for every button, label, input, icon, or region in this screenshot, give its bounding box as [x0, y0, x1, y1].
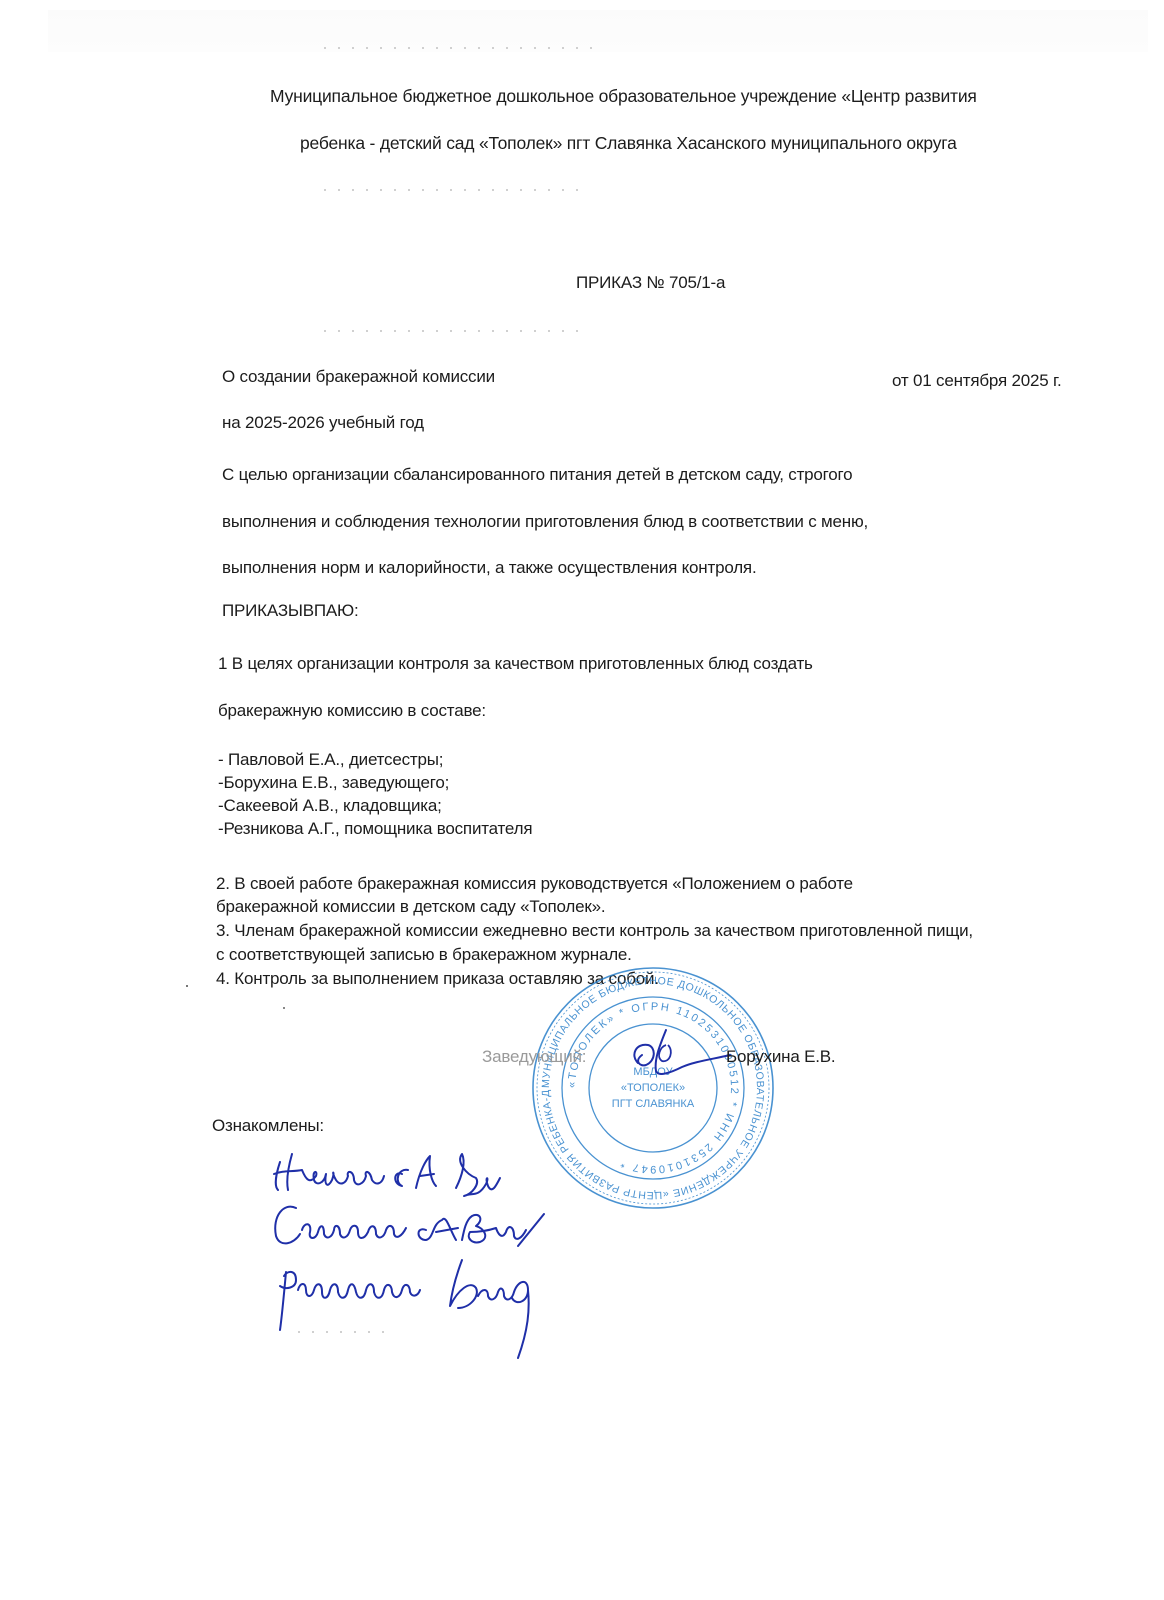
- scan-speckle: [318, 188, 588, 192]
- director-signature-icon: [626, 1025, 736, 1080]
- stamp-center-line3: ПГТ СЛАВЯНКА: [612, 1098, 695, 1110]
- acknowledged-label: Ознакомлены:: [212, 1116, 324, 1136]
- commission-member: -Борухина Е.В., заведующего;: [218, 772, 449, 794]
- institution-name-line2: ребенка - детский сад «Тополек» пгт Слав…: [300, 133, 957, 154]
- preamble-line: выполнения и соблюдения технологии приго…: [222, 512, 868, 532]
- signatory-position: Заведующий:: [482, 1047, 586, 1067]
- commission-member: -Сакеевой А.В., кладовщика;: [218, 795, 442, 817]
- commission-member: -Резникова А.Г., помощника воспитателя: [218, 818, 532, 840]
- order-item-line: 2. В своей работе бракеражная комиссия р…: [216, 873, 853, 895]
- scan-dot: [186, 985, 188, 987]
- item1-line1: 1 В целях организации контроля за качест…: [218, 654, 813, 674]
- scan-dot: [283, 1007, 285, 1009]
- handwritten-signatures-icon: [266, 1140, 596, 1370]
- scan-speckle: [318, 46, 598, 50]
- order-date: от 01 сентября 2025 г.: [892, 371, 1061, 391]
- stamp-center-line2: «ТОПОЛЕК»: [621, 1082, 685, 1094]
- institution-name-line1: Муниципальное бюджетное дошкольное образ…: [270, 86, 977, 107]
- preamble-line: выполнения норм и калорийности, а также …: [222, 558, 756, 578]
- signatory-name: Борухина Е.В.: [726, 1047, 835, 1067]
- commission-member: - Павловой Е.А., диетсестры;: [218, 749, 443, 771]
- order-title: ПРИКАЗ № 705/1-а: [576, 273, 725, 293]
- order-subject-line1: О создании бракеражной комиссии: [222, 367, 495, 387]
- order-subject-line2: на 2025-2026 учебный год: [222, 413, 424, 433]
- order-directive: ПРИКАЗЫВПАЮ:: [222, 601, 359, 621]
- scan-speckle: [318, 329, 588, 333]
- item1-line2: бракеражную комиссию в составе:: [218, 701, 486, 721]
- preamble-line: С целью организации сбалансированного пи…: [222, 465, 852, 485]
- document-page: Муниципальное бюджетное дошкольное образ…: [0, 0, 1164, 1600]
- order-item-line: бракеражной комиссии в детском саду «Топ…: [216, 896, 605, 918]
- scan-artifact-band: [48, 10, 1148, 52]
- order-item-line: 3. Членам бракеражной комиссии ежедневно…: [216, 920, 973, 942]
